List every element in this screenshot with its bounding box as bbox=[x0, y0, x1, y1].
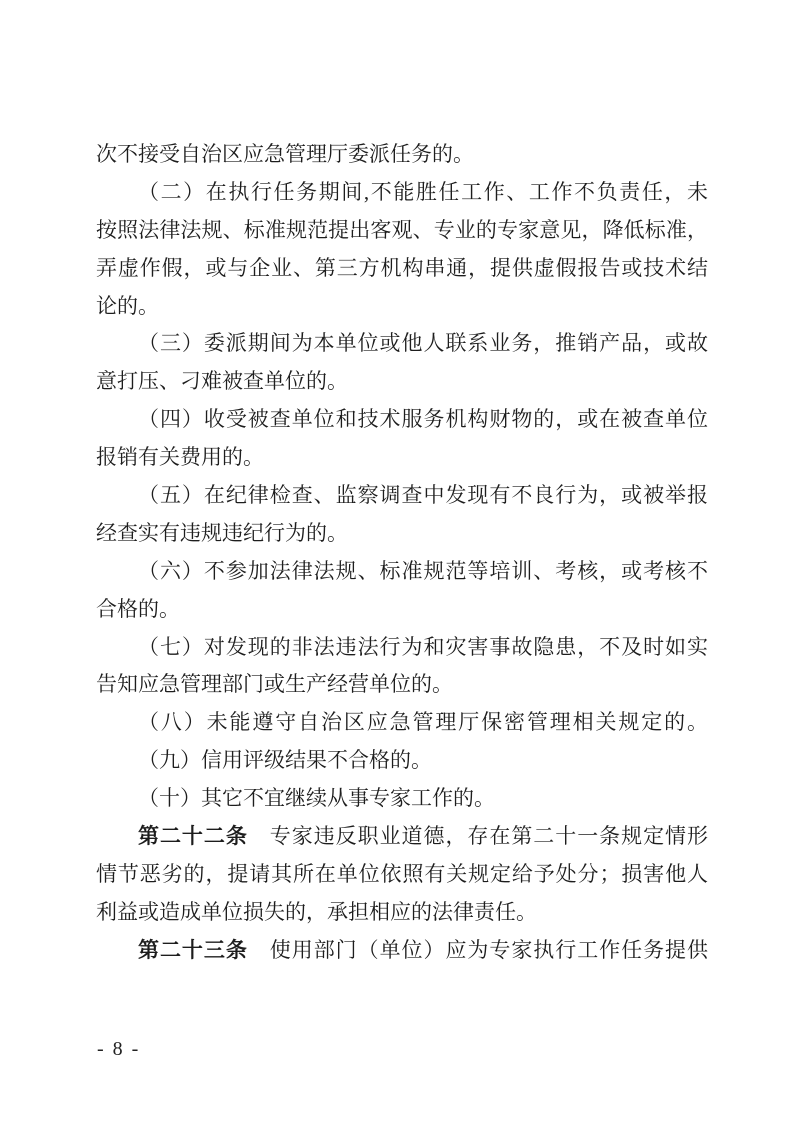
document-text-block: 次不接受自治区应急管理厅委派任务的。（二）在执行任务期间,不能胜任工作、工作不负… bbox=[96, 136, 708, 970]
doc-line: （六）不参加法律法规、标准规范等培训、考核，或考核不 bbox=[96, 553, 708, 591]
text-segment: 意打压、刁难被查单位的。 bbox=[96, 369, 348, 393]
text-segment: 次不接受自治区应急管理厅委派任务的。 bbox=[96, 142, 474, 166]
text-segment: 报销有关费用的。 bbox=[96, 445, 264, 469]
doc-line: 报销有关费用的。 bbox=[96, 439, 708, 477]
doc-line: 弄虚作假，或与企业、第三方机构串通，提供虚假报告或技术结 bbox=[96, 250, 708, 288]
doc-line: 利益或造成单位损失的，承担相应的法律责任。 bbox=[96, 894, 708, 932]
doc-line: （五）在纪律检查、监察调查中发现有不良行为，或被举报 bbox=[96, 477, 708, 515]
doc-line: （三）委派期间为本单位或他人联系业务，推销产品，或故 bbox=[96, 325, 708, 363]
doc-line: （四）收受被查单位和技术服务机构财物的，或在被查单位 bbox=[96, 401, 708, 439]
doc-line: 合格的。 bbox=[96, 591, 708, 629]
doc-line: （九）信用评级结果不合格的。 bbox=[96, 742, 708, 780]
text-segment: 按照法律法规、标准规范提出客观、专业的专家意见，降低标准， bbox=[96, 218, 708, 242]
document-page: 次不接受自治区应急管理厅委派任务的。（二）在执行任务期间,不能胜任工作、工作不负… bbox=[0, 0, 793, 1122]
text-segment: （九）信用评级结果不合格的。 bbox=[138, 748, 432, 772]
text-segment: 论的。 bbox=[96, 294, 159, 318]
text-segment: 经查实有违规违纪行为的。 bbox=[96, 521, 348, 545]
text-segment: 利益或造成单位损失的，承担相应的法律责任。 bbox=[96, 900, 537, 924]
text-segment: 告知应急管理部门或生产经营单位的。 bbox=[96, 672, 453, 696]
doc-line: 次不接受自治区应急管理厅委派任务的。 bbox=[96, 136, 708, 174]
text-segment: （七）对发现的非法违法行为和灾害事故隐患，不及时如实 bbox=[138, 635, 708, 659]
doc-line: 经查实有违规违纪行为的。 bbox=[96, 515, 708, 553]
doc-line: 论的。 bbox=[96, 288, 708, 326]
doc-line: 第二十三条 使用部门（单位）应为专家执行工作任务提供 bbox=[96, 932, 708, 970]
text-segment: （五）在纪律检查、监察调查中发现有不良行为，或被举报 bbox=[138, 483, 708, 507]
doc-line: （二）在执行任务期间,不能胜任工作、工作不负责任，未 bbox=[96, 174, 708, 212]
text-segment: （三）委派期间为本单位或他人联系业务，推销产品，或故 bbox=[138, 331, 708, 355]
text-segment: 使用部门（单位）应为专家执行工作任务提供 bbox=[248, 938, 708, 962]
text-segment: 情节恶劣的，提请其所在单位依照有关规定给予处分；损害他人 bbox=[96, 862, 708, 886]
doc-line: （八）未能遵守自治区应急管理厅保密管理相关规定的。 bbox=[96, 704, 708, 742]
doc-line: 意打压、刁难被查单位的。 bbox=[96, 363, 708, 401]
text-segment: 合格的。 bbox=[96, 597, 180, 621]
page-number: - 8 - bbox=[97, 1036, 140, 1062]
text-segment: （八）未能遵守自治区应急管理厅保密管理相关规定的。 bbox=[138, 710, 708, 734]
article-number: 第二十三条 bbox=[138, 938, 248, 962]
doc-line: （七）对发现的非法违法行为和灾害事故隐患，不及时如实 bbox=[96, 629, 708, 667]
doc-line: 告知应急管理部门或生产经营单位的。 bbox=[96, 666, 708, 704]
doc-line: （十）其它不宜继续从事专家工作的。 bbox=[96, 780, 708, 818]
text-segment: （六）不参加法律法规、标准规范等培训、考核，或考核不 bbox=[138, 559, 708, 583]
article-number: 第二十二条 bbox=[138, 824, 248, 848]
doc-line: 按照法律法规、标准规范提出客观、专业的专家意见，降低标准， bbox=[96, 212, 708, 250]
text-segment: （十）其它不宜继续从事专家工作的。 bbox=[138, 786, 495, 810]
doc-line: 情节恶劣的，提请其所在单位依照有关规定给予处分；损害他人 bbox=[96, 856, 708, 894]
text-segment: （二）在执行任务期间,不能胜任工作、工作不负责任，未 bbox=[138, 180, 708, 204]
doc-line: 第二十二条 专家违反职业道德，存在第二十一条规定情形 bbox=[96, 818, 708, 856]
text-segment: 弄虚作假，或与企业、第三方机构串通，提供虚假报告或技术结 bbox=[96, 256, 708, 280]
text-segment: （四）收受被查单位和技术服务机构财物的，或在被查单位 bbox=[138, 407, 708, 431]
text-segment: 专家违反职业道德，存在第二十一条规定情形 bbox=[248, 824, 708, 848]
